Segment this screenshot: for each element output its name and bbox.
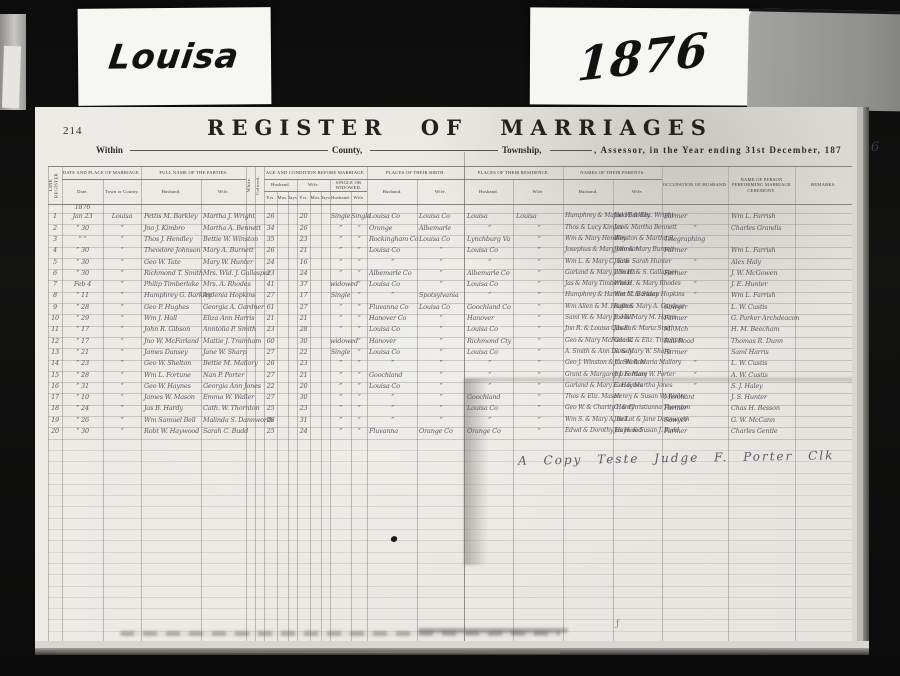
- cell-parents_h: Grant & Margaret J. Fortune: [565, 371, 613, 378]
- cell-minister: Charles Grandis: [731, 224, 793, 232]
- cell-occupation: M. Mch: [664, 325, 726, 333]
- cell-w_age: 20: [297, 382, 310, 390]
- cell-h_age: 60: [264, 337, 277, 345]
- cell-cond_w: ”: [351, 337, 367, 345]
- cell-res_h: ”: [467, 291, 512, 299]
- cell-cond_h: ”: [330, 416, 351, 424]
- cell-cond_w: ”: [351, 382, 367, 390]
- cell-occupation: ”: [664, 291, 726, 299]
- cell-birth_w: ”: [419, 348, 463, 356]
- cell-cond_h: ”: [330, 325, 351, 333]
- grid-rowline: [48, 529, 852, 530]
- cell-no: 16: [48, 382, 62, 390]
- cell-res_w: ”: [516, 393, 562, 401]
- cell-parents_w: Wm H. & Mary Rhodes: [614, 280, 661, 287]
- cell-h_age: 27: [264, 348, 277, 356]
- table-row: 16” 31”Geo W. HaynesGeorgia Ann Jones222…: [35, 382, 839, 393]
- cell-no: 10: [48, 314, 62, 322]
- col-header-husband: Husband.: [330, 191, 351, 204]
- grid-rowline: [48, 619, 852, 620]
- cell-birth_w: ”: [419, 314, 463, 322]
- cell-husband: Geo W. Tate: [144, 258, 200, 266]
- col-header-mos: Mos.: [310, 191, 321, 204]
- cell-cond_h: ”: [330, 314, 351, 322]
- cell-date: ” ”: [63, 235, 102, 243]
- cell-res_h: Louisa Co: [467, 280, 512, 288]
- cell-husband: Jno W. McFarland: [144, 337, 200, 345]
- cell-w_age: 30: [297, 337, 310, 345]
- cell-cond_h: ”: [330, 269, 351, 277]
- cell-no: 17: [48, 393, 62, 401]
- cell-minister: Charles Gentle: [731, 427, 793, 435]
- cell-res_h: Louisa Co: [467, 325, 512, 333]
- cell-county: ”: [104, 427, 140, 435]
- cell-occupation: Farmer: [664, 212, 726, 220]
- col-header-wife: Wife.: [513, 179, 563, 204]
- cell-occupation: ”: [664, 280, 726, 288]
- cell-birth_h: Louisa Co: [369, 280, 416, 288]
- cell-minister: Wm L. Farrish: [731, 246, 793, 254]
- col-header-minister: NAME OF PERSON PERFORMING MARRIAGE CEREM…: [728, 166, 795, 204]
- cell-birth_w: ”: [419, 393, 463, 401]
- cell-county: ”: [104, 269, 140, 277]
- left-paper-edge-highlight: [2, 46, 21, 109]
- cell-no: 7: [48, 280, 62, 288]
- cell-parents_h: Humphrey & Harriet M. Barkley: [565, 291, 613, 298]
- cell-occupation: Sawyer: [664, 303, 726, 311]
- grid-rowline: [48, 518, 852, 519]
- cell-occupation: Farmer: [664, 427, 726, 435]
- cell-date: ” 10: [63, 393, 102, 401]
- cell-res_w: ”: [516, 416, 562, 424]
- cell-minister: Thomas R. Dunn: [731, 337, 793, 345]
- cell-parents_h: Geo W. & Charity Hardy: [565, 404, 613, 411]
- cell-husband: Geo W. Shelton: [144, 359, 200, 367]
- cell-w_age: 20: [297, 212, 310, 220]
- cell-date: ” 23: [63, 359, 102, 367]
- cell-birth_h: Louisa Co: [369, 246, 416, 254]
- cell-birth_h: Orange: [369, 224, 416, 232]
- cell-county: ”: [104, 235, 140, 243]
- cell-parents_w: Jno & Mary M. Harris: [614, 314, 661, 321]
- cell-county: ”: [104, 325, 140, 333]
- cell-cond_h: ”: [330, 382, 351, 390]
- cell-res_h: Richmond Cty: [467, 337, 512, 345]
- cell-date: ” 30: [63, 427, 102, 435]
- cell-h_age: 21: [264, 314, 277, 322]
- col-header-husband: Husband.: [264, 179, 297, 191]
- cell-res_w: ”: [516, 246, 562, 254]
- cell-occupation: Rail Road: [664, 337, 726, 345]
- cell-h_age: 25: [264, 427, 277, 435]
- cell-husband: John R. Gibson: [144, 325, 200, 333]
- cell-wife: Cath. W. Thornton: [203, 404, 245, 412]
- cell-cond_w: ”: [351, 393, 367, 401]
- cell-parents_h: Humphrey & Matilda Barkley: [565, 212, 613, 219]
- cell-minister: L. W. Custis: [731, 303, 793, 311]
- cell-w_age: 22: [297, 348, 310, 356]
- cell-husband: Philip Timberlake: [144, 280, 200, 288]
- cell-no: 9: [48, 303, 62, 311]
- col-header-wife: Wife.: [613, 179, 662, 204]
- cell-parents_h: Wm S. & Mary A. Bell: [565, 416, 613, 423]
- corner-sheet: [747, 8, 900, 112]
- cell-w_age: 24: [297, 269, 310, 277]
- grid-rowline: [48, 586, 852, 587]
- cell-res_w: ”: [516, 348, 562, 356]
- cell-birth_h: Albemarle Co: [369, 269, 416, 277]
- cell-birth_w: ”: [419, 382, 463, 390]
- grid-rowline: [48, 563, 852, 564]
- grid-rowline: [48, 608, 852, 609]
- cell-birth_h: Louisa Co: [369, 382, 416, 390]
- table-row: 10” 29”Wm J. HallEliza Ann Harris2121””H…: [35, 314, 839, 325]
- cell-birth_h: Hanover Co: [369, 314, 416, 322]
- cell-cond_h: Single: [330, 348, 351, 356]
- cell-res_w: ”: [516, 404, 562, 412]
- cell-birth_h: Louisa Co: [369, 325, 416, 333]
- cell-parents_w: C. & Christianna Thornton: [614, 404, 661, 411]
- cell-cond_w: ”: [351, 314, 367, 322]
- cell-occupation: Farmer: [664, 404, 726, 412]
- cell-cond_w: ”: [351, 371, 367, 379]
- cell-cond_w: ”: [351, 269, 367, 277]
- cell-county: ”: [104, 348, 140, 356]
- cell-county: ”: [104, 337, 140, 345]
- cell-no: 19: [48, 416, 62, 424]
- cell-husband: Theodore Johnson: [144, 246, 200, 254]
- table-row: 19” 26”Wm Samuel BellMalinda S. Dannwort…: [35, 416, 839, 427]
- cell-wife: Nan P. Porter: [203, 371, 245, 379]
- cell-parents_w: Geo R. & Eliz. Trainham: [614, 337, 661, 344]
- cell-county: ”: [104, 382, 140, 390]
- photo-background: Louisa 1876 214 REGISTER OF MARRIAGES Wi…: [0, 0, 900, 676]
- cell-date: ” 30: [63, 269, 102, 277]
- cell-husband: Jas B. Hardy: [144, 404, 200, 412]
- col-header-remarks: REMARKS.: [795, 166, 852, 204]
- county-label-card: Louisa: [78, 7, 272, 106]
- grid-rowline: [48, 473, 852, 474]
- cell-h_age: 27: [264, 291, 277, 299]
- cell-husband: Geo W. Haynes: [144, 382, 200, 390]
- cell-minister: Wm L. Farrish: [731, 291, 793, 299]
- cell-birth_h: ”: [369, 393, 416, 401]
- cell-minister: Chas H. Besson: [731, 404, 793, 412]
- subtitle-year-digit: 6: [871, 140, 879, 155]
- cell-county: ”: [104, 291, 140, 299]
- table-row: 17” 10”James W. MasonEmma W. Waller2730”…: [35, 393, 839, 404]
- cell-county: ”: [104, 303, 140, 311]
- cell-res_h: Louisa Co: [467, 348, 512, 356]
- cell-occupation: ”: [664, 224, 726, 232]
- cell-cond_h: ”: [330, 359, 351, 367]
- cell-h_age: 34: [264, 224, 277, 232]
- cell-birth_w: Louisa Co: [419, 212, 463, 220]
- cell-husband: Robt W. Haywood: [144, 427, 200, 435]
- col-header-mos: Mos.: [277, 191, 288, 204]
- cell-county: ”: [104, 393, 140, 401]
- cell-res_w: ”: [516, 427, 562, 435]
- cell-birth_w: ”: [419, 337, 463, 345]
- col-header-husband: Husband.: [367, 179, 417, 204]
- cell-res_h: ”: [467, 224, 512, 232]
- cell-date: Feb 4: [63, 280, 102, 288]
- table-row: 13” 21”James DanseyJane W. Sharp2722Sing…: [35, 348, 839, 359]
- cell-county: ”: [104, 314, 140, 322]
- cell-occupation: Farmer: [664, 314, 726, 322]
- table-row: 5” 30”Geo W. TateMary W. Hunter2416”””””…: [35, 258, 839, 269]
- year-label-text: 1876: [576, 21, 710, 91]
- cell-wife: Georgia Ann Jones: [203, 382, 245, 390]
- table-row: 20” 30”Robt W. HaywoodSarah C. Budd2524”…: [35, 427, 839, 438]
- year-label-card: 1876: [530, 7, 758, 105]
- cell-birth_w: ”: [419, 359, 463, 367]
- cell-birth_h: ”: [369, 359, 416, 367]
- cell-no: 6: [48, 269, 62, 277]
- cell-date: ” 30: [63, 224, 102, 232]
- cell-husband: Jno J. Kimbro: [144, 224, 200, 232]
- cell-birth_h: Hanover: [369, 337, 416, 345]
- cell-parents_w: Winston & Martha S.: [614, 235, 661, 242]
- county-label-text: Louisa: [107, 36, 242, 77]
- cell-birth_w: ”: [419, 258, 463, 266]
- cell-no: 8: [48, 291, 62, 299]
- cell-cond_w: Single: [351, 212, 367, 220]
- cell-h_age: 23: [264, 269, 277, 277]
- grid-hline: [48, 204, 852, 205]
- cell-husband: Richmond T. Smith: [144, 269, 200, 277]
- cell-h_age: 26: [264, 212, 277, 220]
- cell-date: Jan 23: [63, 212, 102, 220]
- cell-h_age: 22: [264, 382, 277, 390]
- cell-date: ” 30: [63, 258, 102, 266]
- cell-parents_h: Thos & Eliz. Mason: [565, 393, 613, 400]
- cell-county: ”: [104, 280, 140, 288]
- cell-res_w: ”: [516, 359, 562, 367]
- grid-rowline: [48, 540, 852, 541]
- cell-occupation: Merchant: [664, 393, 726, 401]
- cell-occupation: ”: [664, 258, 726, 266]
- grid-rowline: [48, 495, 852, 496]
- cell-husband: Wm J. Hall: [144, 314, 200, 322]
- cell-minister: G. W. McCann: [731, 416, 793, 424]
- cell-cond_w: ”: [351, 224, 367, 232]
- cell-parents_w: Jno Lot & Jane Dannworth: [614, 416, 661, 423]
- cell-wife: Bettie M. Mallory: [203, 359, 245, 367]
- cell-wife: Georgia A. Gardner: [203, 303, 245, 311]
- col-header-age_cond: AGE AND CONDITION BEFORE MARRIAGE.: [264, 166, 367, 179]
- cell-wife: Sarah C. Budd: [203, 427, 245, 435]
- cell-wife: Eliza Ann Harris: [203, 314, 245, 322]
- table-row: 7Feb 4”Philip TimberlakeMrs. A. Rhodes41…: [35, 280, 839, 291]
- cell-parents_h: Garland & Mary E. Haynes: [565, 382, 613, 389]
- cell-birth_w: Louisa Co: [419, 235, 463, 243]
- table-row: 12” 17”Jno W. McFarlandMattie J. Trainha…: [35, 337, 839, 348]
- cell-occupation: ”: [664, 382, 726, 390]
- col-header-yrs: Yrs.: [297, 191, 310, 204]
- table-row: 2” 30”Jno J. KimbroMartha A. Bennett3426…: [35, 224, 839, 235]
- cell-birth_h: ”: [369, 404, 416, 412]
- grid-rowline: [48, 552, 852, 553]
- cell-res_h: Goochland Co: [467, 303, 512, 311]
- cell-county: ”: [104, 404, 140, 412]
- cell-birth_h: Fluvanna Co: [369, 303, 416, 311]
- cell-date: ” 29: [63, 314, 102, 322]
- cell-minister: G. Parker Archdeacon: [731, 314, 793, 322]
- table-row: 8” 11”Humphrey G. BarkleyArdenia Hopkins…: [35, 291, 839, 302]
- col-header-town: Town or County.: [103, 179, 141, 204]
- cell-birth_w: Louisa Co: [419, 303, 463, 311]
- cell-w_age: 37: [297, 280, 310, 288]
- cell-w_age: 23: [297, 235, 310, 243]
- cell-cond_h: ”: [330, 224, 351, 232]
- cell-res_w: ”: [516, 325, 562, 333]
- cell-county: ”: [104, 258, 140, 266]
- cell-husband: Wm Samuel Bell: [144, 416, 200, 424]
- table-row: 14” 23”Geo W. SheltonBettie M. Mallory26…: [35, 359, 839, 370]
- cell-wife: Mrs. Wid. J. Gallasper: [203, 269, 245, 277]
- cell-birth_h: ”: [369, 416, 416, 424]
- page-edge-right-3: [863, 107, 869, 655]
- cell-wife: Ardenia Hopkins: [203, 291, 245, 299]
- cell-cond_w: ”: [351, 416, 367, 424]
- cell-birth_w: ”: [419, 269, 463, 277]
- table-row: 4” 30”Theodore JohnsonMary A. Burnett262…: [35, 246, 839, 257]
- cell-occupation: Sawyer: [664, 416, 726, 424]
- cell-occupation: Farmer: [664, 246, 726, 254]
- cell-no: 13: [48, 348, 62, 356]
- cell-res_w: ”: [516, 291, 562, 299]
- cell-no: 12: [48, 337, 62, 345]
- cell-cond_w: ”: [351, 258, 367, 266]
- cell-birth_h: ”: [369, 291, 416, 299]
- cell-birth_h: Fluvanna: [369, 427, 416, 435]
- cell-parents_h: Geo & Mary McFarland: [565, 337, 613, 344]
- cell-cond_w: ”: [351, 280, 367, 288]
- cell-w_age: 23: [297, 359, 310, 367]
- cell-parents_w: Jno & Mary W. Porter: [614, 371, 661, 378]
- cell-wife: Mary A. Burnett: [203, 246, 245, 254]
- cell-parents_w: Jas H. & Susan J. Budd: [614, 427, 661, 434]
- cell-birth_w: Albemarle: [419, 224, 463, 232]
- cell-res_h: Hanover: [467, 314, 512, 322]
- col-header-wife: Wife.: [297, 179, 330, 191]
- bottom-smudge-2: [418, 628, 568, 633]
- cell-res_w: Louisa: [516, 212, 562, 220]
- cell-res_w: ”: [516, 235, 562, 243]
- cell-cond_w: ”: [351, 303, 367, 311]
- grid-rowline: [48, 506, 852, 507]
- table-row: 18” 24”Jas B. HardyCath. W. Thornton2523…: [35, 404, 839, 415]
- cell-husband: Geo P. Hughes: [144, 303, 200, 311]
- cell-cond_h: ”: [330, 404, 351, 412]
- cell-parents_w: Jno & Sarah Hunter: [614, 258, 661, 265]
- cell-wife: Martha J. Wright: [203, 212, 245, 220]
- cell-birth_w: Orange Co: [419, 427, 463, 435]
- cell-occupation: ”: [664, 359, 726, 367]
- cell-date: ” 17: [63, 337, 102, 345]
- cell-husband: Pettis M. Barkley: [144, 212, 200, 220]
- cell-res_h: Albemarle Co: [467, 269, 512, 277]
- cell-birth_w: ”: [419, 280, 463, 288]
- cell-cond_w: ”: [351, 246, 367, 254]
- cell-county: ”: [104, 359, 140, 367]
- cell-wife: Bettie W. Winston: [203, 235, 245, 243]
- cell-cond_h: widowed: [330, 280, 351, 288]
- cell-parents_w: Geo & Martha Jones: [614, 382, 661, 389]
- col-header-date_place: DATE AND PLACE OF MARRIAGE.: [62, 166, 141, 179]
- cell-cond_w: ”: [351, 427, 367, 435]
- col-header-husband: Husband.: [563, 179, 613, 204]
- cell-county: ”: [104, 246, 140, 254]
- cell-parents_w: Henry & Susan W. Waller: [614, 393, 661, 400]
- col-header-husband: Husband.: [464, 179, 513, 204]
- cell-date: ” 17: [63, 325, 102, 333]
- cell-husband: James W. Mason: [144, 393, 200, 401]
- cell-h_age: 27: [264, 371, 277, 379]
- cell-res_w: ”: [516, 224, 562, 232]
- col-header-date: Date.: [62, 179, 103, 204]
- cell-parents_h: Geo J. Winston & C. Shelton: [565, 359, 613, 366]
- cell-h_age: 28: [264, 416, 277, 424]
- cell-cond_h: ”: [330, 427, 351, 435]
- cell-county: ”: [104, 224, 140, 232]
- cell-birth_w: Spotsylvania: [419, 291, 463, 299]
- table-row: 6” 30”Richmond T. SmithMrs. Wid. J. Gall…: [35, 269, 839, 280]
- cell-parents_w: John & Mary Burnett: [614, 246, 661, 253]
- cell-w_age: 23: [297, 404, 310, 412]
- cell-husband: Thos J. Hendley: [144, 235, 200, 243]
- cell-no: 4: [48, 246, 62, 254]
- cell-cond_w: ”: [351, 235, 367, 243]
- cell-h_age: 27: [264, 393, 277, 401]
- cell-wife: Mattie J. Trainham: [203, 337, 245, 345]
- cell-w_age: 28: [297, 325, 310, 333]
- cell-w_age: 17: [297, 291, 310, 299]
- cell-res_w: ”: [516, 280, 562, 288]
- cell-minister: Alex Haly: [731, 258, 793, 266]
- cell-cond_h: ”: [330, 258, 351, 266]
- cell-no: 2: [48, 224, 62, 232]
- cell-h_age: 24: [264, 258, 277, 266]
- cell-minister: J. W. McGowen: [731, 269, 793, 277]
- cell-birth_w: ”: [419, 325, 463, 333]
- cell-cond_h: ”: [330, 303, 351, 311]
- cell-date: ” 24: [63, 404, 102, 412]
- cell-parents_w: Jas & Martha Bennett: [614, 224, 661, 231]
- cell-birth_w: ”: [419, 404, 463, 412]
- col-header-days: Days.: [321, 191, 330, 204]
- cell-date: ” 30: [63, 246, 102, 254]
- col-header-white: White.: [246, 166, 255, 206]
- cell-parents_w: Wm H. & S. Gallasper: [614, 269, 661, 276]
- cell-parents_w: S. & Mary W. Sharp: [614, 348, 661, 355]
- grid-rowline: [48, 574, 852, 575]
- cell-res_h: Louisa: [467, 212, 512, 220]
- cell-parents_h: Garland & Mary J. Smith: [565, 269, 613, 276]
- cell-res_w: ”: [516, 337, 562, 345]
- register-table: LINE REGISTERWhite.Colored.DATE AND PLAC…: [35, 107, 869, 655]
- page-edge-bottom-1: [35, 641, 869, 648]
- col-header-days: Days.: [288, 191, 297, 204]
- cell-parents_w: Jas E. & Maria Smith: [614, 325, 661, 332]
- col-header-wife: Wife.: [201, 179, 246, 204]
- cell-minister: J. S. Hunter: [731, 393, 793, 401]
- cell-date: ” 31: [63, 382, 102, 390]
- cell-w_age: 30: [297, 393, 310, 401]
- col-header-parents: NAMES OF THEIR PARENTS.: [563, 166, 662, 179]
- cell-w_age: 21: [297, 371, 310, 379]
